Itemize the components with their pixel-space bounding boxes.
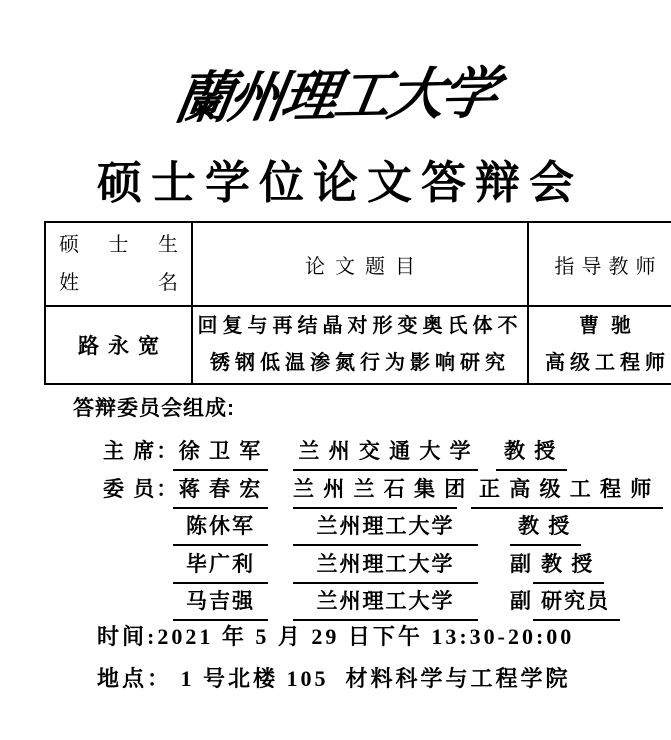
member-title: 教 授 bbox=[496, 434, 567, 471]
member-title-wrap: 教 授 bbox=[510, 509, 581, 546]
member-organization: 兰 州 兰 石 集 团 bbox=[293, 472, 457, 509]
student-header-line1: 硕士生 bbox=[59, 226, 178, 264]
page-title: 硕士学位论文答辩会 bbox=[0, 146, 671, 211]
member-name: 蒋 春 宏 bbox=[173, 472, 268, 509]
thesis-title-line2: 锈钢低温渗氮行为影响研究 bbox=[194, 345, 526, 382]
thesis-title-cell: 回复与再结晶对形变奥氏体不 锈钢低温渗氮行为影响研究 bbox=[192, 306, 528, 384]
member-title-wrap: 教 授 bbox=[496, 434, 567, 471]
defense-location: 地点： 1 号北楼 105 材料科学与工程学院 bbox=[97, 662, 571, 693]
member-organization: 兰 州 交 通 大 学 bbox=[293, 434, 478, 471]
member-title: 教 授 bbox=[510, 509, 581, 546]
student-name-cell: 路永宽 bbox=[45, 306, 192, 384]
member-title: 教 授 bbox=[533, 547, 604, 584]
advisor-name: 曹驰 bbox=[530, 308, 671, 345]
member-name: 马吉强 bbox=[173, 584, 268, 621]
member-title: 正 高 级 工 程 师 bbox=[471, 472, 663, 509]
university-logo-text: 蘭州理工大学 bbox=[170, 49, 502, 135]
member-title-prefix: 副 bbox=[510, 552, 533, 576]
defense-announcement-page: 蘭州理工大学 硕士学位论文答辩会 硕士生 姓名 论文题目 指导教师 路永宽 回复… bbox=[0, 0, 671, 740]
student-header-line2: 姓名 bbox=[59, 264, 178, 302]
table-header-row: 硕士生 姓名 论文题目 指导教师 bbox=[45, 222, 671, 306]
committee-row-member: 毕广利兰州理工大学副教 授 bbox=[103, 547, 663, 585]
member-organization: 兰州理工大学 bbox=[293, 547, 478, 584]
committee-row-member: 陈休军兰州理工大学教 授 bbox=[103, 509, 663, 547]
member-title-wrap: 副教 授 bbox=[510, 547, 604, 584]
advisor-cell: 曹驰 高级工程师 bbox=[528, 306, 671, 384]
member-title-prefix: 副 bbox=[510, 589, 533, 613]
defense-time: 时间:2021 年 5 月 29 日下午 13:30-20:00 bbox=[97, 620, 574, 651]
defense-info-table: 硕士生 姓名 论文题目 指导教师 路永宽 回复与再结晶对形变奥氏体不 锈钢低温渗… bbox=[44, 221, 671, 385]
member-name: 徐 卫 军 bbox=[173, 434, 268, 471]
thesis-title-header-cell: 论文题目 bbox=[192, 222, 528, 306]
role-label: 主 席： bbox=[103, 434, 173, 468]
member-organization: 兰州理工大学 bbox=[293, 509, 478, 546]
member-title-wrap: 副研究员 bbox=[510, 584, 620, 621]
member-title-wrap: 正 高 级 工 程 师 bbox=[471, 472, 663, 509]
committee-heading: 答辩委员会组成: bbox=[73, 392, 235, 422]
advisor-title: 高级工程师 bbox=[530, 345, 671, 382]
advisor-header-cell: 指导教师 bbox=[528, 222, 671, 306]
thesis-title-line1: 回复与再结晶对形变奥氏体不 bbox=[194, 308, 526, 345]
member-name: 陈休军 bbox=[173, 509, 268, 546]
committee-list: 主 席：徐 卫 军兰 州 交 通 大 学教 授 委 员：蒋 春 宏兰 州 兰 石… bbox=[103, 434, 663, 622]
table-data-row: 路永宽 回复与再结晶对形变奥氏体不 锈钢低温渗氮行为影响研究 曹驰 高级工程师 bbox=[45, 306, 671, 384]
committee-row-member: 马吉强兰州理工大学副研究员 bbox=[103, 584, 663, 622]
member-name: 毕广利 bbox=[173, 547, 268, 584]
member-organization: 兰州理工大学 bbox=[293, 584, 478, 621]
role-label: 委 员： bbox=[103, 472, 173, 506]
committee-row-member: 委 员：蒋 春 宏兰 州 兰 石 集 团正 高 级 工 程 师 bbox=[103, 472, 663, 510]
university-logo-calligraphy: 蘭州理工大学 bbox=[0, 52, 671, 132]
student-name-header-cell: 硕士生 姓名 bbox=[45, 222, 192, 306]
committee-row-chair: 主 席：徐 卫 军兰 州 交 通 大 学教 授 bbox=[103, 434, 663, 472]
member-title: 研究员 bbox=[533, 584, 620, 621]
